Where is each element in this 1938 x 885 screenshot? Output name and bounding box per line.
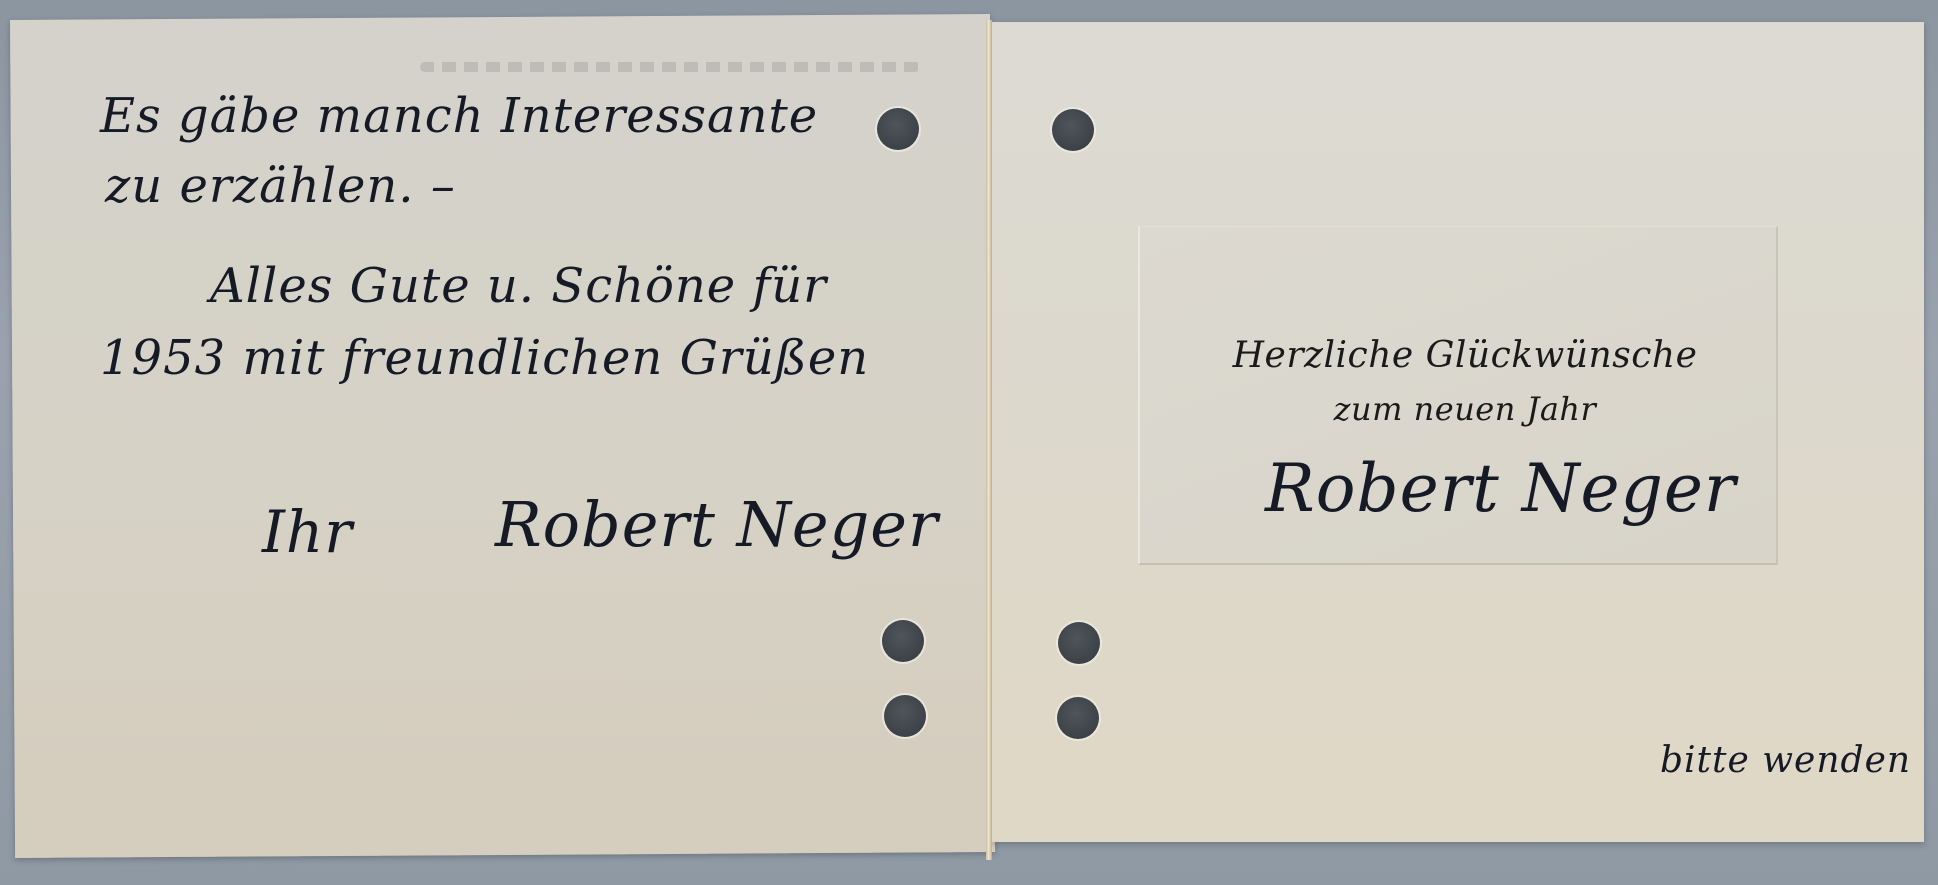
punch-hole [882, 620, 924, 662]
punch-hole [1058, 622, 1100, 664]
handwritten-signature-left: Robert Neger [495, 488, 939, 561]
card-fold [986, 20, 992, 860]
handwritten-line: 1953 mit freundlichen Grüßen [100, 330, 869, 386]
printed-greeting-line2: zum neuen Jahr [1170, 390, 1760, 428]
please-turn-note: bitte wenden [1660, 740, 1911, 781]
punch-hole [1052, 109, 1094, 151]
punch-hole [884, 695, 926, 737]
punch-hole [1057, 697, 1099, 739]
handwritten-signature-right: Robert Neger [1265, 450, 1736, 527]
handwritten-line: Alles Gute u. Schöne für [210, 258, 827, 314]
punch-hole [877, 108, 919, 150]
handwritten-line: Es gäbe manch Interessante [100, 88, 818, 144]
faint-show-through-text [420, 62, 920, 72]
printed-greeting-line1: Herzliche Glückwünsche [1170, 335, 1760, 376]
handwritten-line: zu erzählen. – [105, 158, 456, 214]
handwritten-closing: Ihr [262, 498, 353, 566]
